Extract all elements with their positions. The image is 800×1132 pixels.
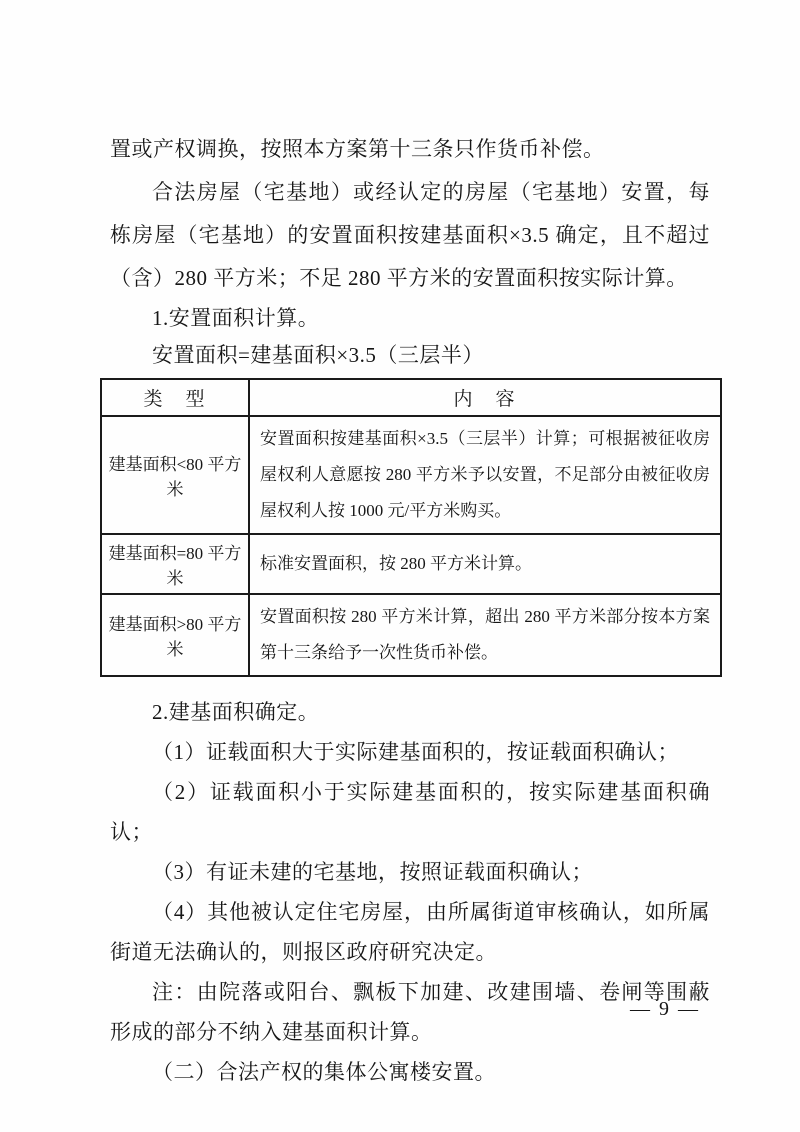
paragraph-formula: 安置面积=建基面积×3.5（三层半） xyxy=(110,337,710,374)
table-header-row: 类 型 内 容 xyxy=(101,379,721,416)
paragraph-item-1-heading: 1.安置面积计算。 xyxy=(110,300,710,337)
table-cell-type-gt80: 建基面积>80 平方米 xyxy=(101,594,249,676)
resettlement-area-table: 类 型 内 容 建基面积<80 平方米 安置面积按建基面积×3.5（三层半）计算… xyxy=(100,378,722,677)
table-row: 建基面积>80 平方米 安置面积按 280 平方米计算，超出 280 平方米部分… xyxy=(101,594,721,676)
table-header-type: 类 型 xyxy=(101,379,249,416)
paragraph-legal-housing: 合法房屋（宅基地）或经认定的房屋（宅基地）安置，每栋房屋（宅基地）的安置面积按建… xyxy=(110,171,710,300)
table-row: 建基面积=80 平方米 标准安置面积，按 280 平方米计算。 xyxy=(101,534,721,594)
paragraph-sub-4: （4）其他被认定住宅房屋，由所属街道审核确认，如所属街道无法确认的，则报区政府研… xyxy=(110,892,710,972)
table-cell-type-lt80: 建基面积<80 平方米 xyxy=(101,416,249,534)
paragraph-sub-3: （3）有证未建的宅基地，按照证载面积确认； xyxy=(110,852,710,892)
paragraph-continuation: 置或产权调换，按照本方案第十三条只作货币补偿。 xyxy=(110,128,710,171)
section-after-table: 2.建基面积确定。 （1）证载面积大于实际建基面积的，按证载面积确认； （2）证… xyxy=(110,692,710,1092)
paragraph-item-2-heading: 2.建基面积确定。 xyxy=(110,692,710,732)
table-cell-type-eq80: 建基面积=80 平方米 xyxy=(101,534,249,594)
table-cell-content-eq80: 标准安置面积，按 280 平方米计算。 xyxy=(249,534,721,594)
paragraph-section-2-heading: （二）合法产权的集体公寓楼安置。 xyxy=(110,1052,710,1092)
document-body: 置或产权调换，按照本方案第十三条只作货币补偿。 合法房屋（宅基地）或经认定的房屋… xyxy=(110,128,710,1092)
table-cell-content-gt80: 安置面积按 280 平方米计算，超出 280 平方米部分按本方案第十三条给予一次… xyxy=(249,594,721,676)
table-row: 建基面积<80 平方米 安置面积按建基面积×3.5（三层半）计算；可根据被征收房… xyxy=(101,416,721,534)
paragraph-sub-1: （1）证载面积大于实际建基面积的，按证载面积确认； xyxy=(110,732,710,772)
document-page: 置或产权调换，按照本方案第十三条只作货币补偿。 合法房屋（宅基地）或经认定的房屋… xyxy=(0,0,800,1132)
table-header-content: 内 容 xyxy=(249,379,721,416)
page-number: — 9 — xyxy=(630,998,700,1021)
paragraph-sub-2: （2）证载面积小于实际建基面积的，按实际建基面积确认； xyxy=(110,772,710,852)
table-cell-content-lt80: 安置面积按建基面积×3.5（三层半）计算；可根据被征收房屋权利人意愿按 280 … xyxy=(249,416,721,534)
paragraph-note: 注：由院落或阳台、飘板下加建、改建围墙、卷闸等围蔽形成的部分不纳入建基面积计算。 xyxy=(110,972,710,1052)
